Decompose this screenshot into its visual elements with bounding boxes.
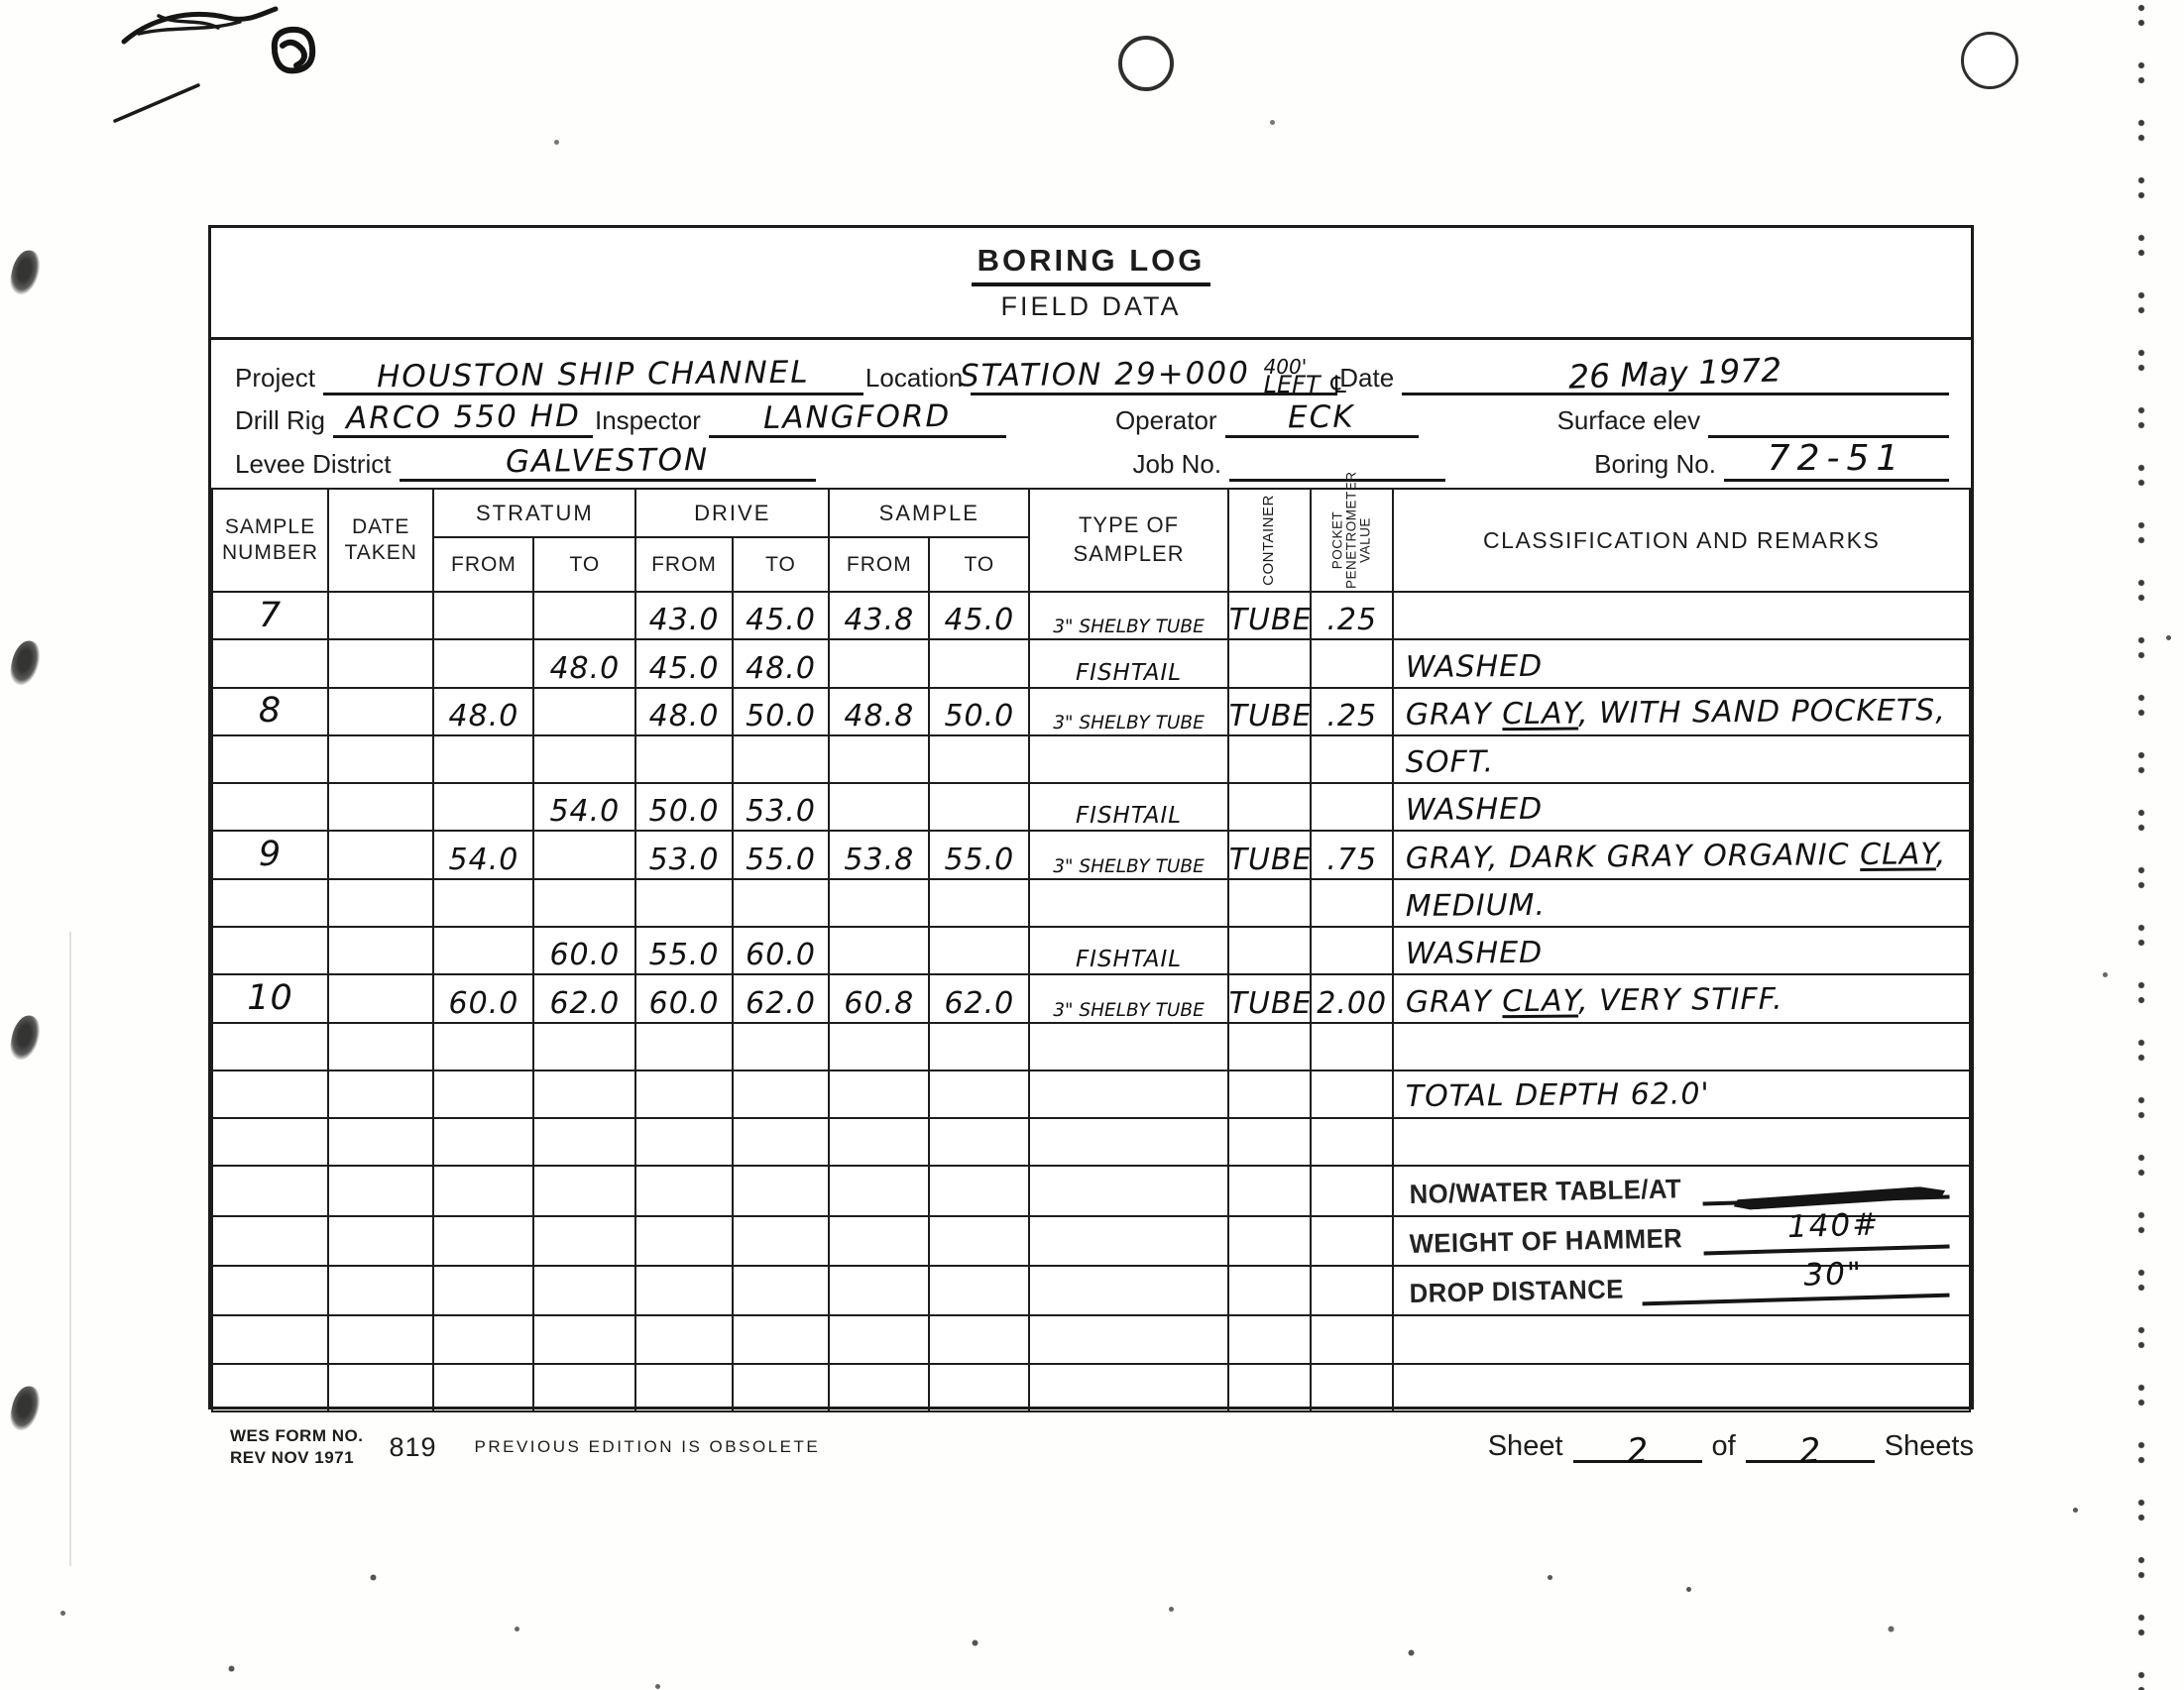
cell-sample_no bbox=[212, 1118, 328, 1166]
cell-drive_from bbox=[635, 1118, 733, 1166]
handwritten-value: 48.0 bbox=[549, 651, 620, 686]
cell-stratum_from bbox=[433, 639, 533, 687]
cell-sample_no bbox=[212, 1266, 328, 1315]
handwritten-value: .25 bbox=[1326, 699, 1377, 733]
header-line-2: Drill Rig ARCO 550 HD Inspector LANGFORD… bbox=[233, 395, 1949, 439]
handwritten-value: 60.0 bbox=[746, 938, 816, 972]
hole-punch-left bbox=[1118, 36, 1174, 91]
form-title: BORING LOG bbox=[972, 243, 1211, 286]
cell-date_taken bbox=[328, 639, 433, 687]
stamp-underline bbox=[1702, 1155, 1950, 1205]
cell-sample_to bbox=[929, 1166, 1029, 1215]
table-row: TOTAL DEPTH 62.0' bbox=[212, 1070, 1970, 1118]
boring-table-body: 743.045.043.845.03" SHELBY TUBETUBE.2548… bbox=[212, 592, 1970, 1411]
table-row: NO/WATER TABLE/AT bbox=[212, 1166, 1970, 1215]
location-offset-note: 400' LEFT ℄ bbox=[1264, 358, 1349, 396]
cell-sample_from bbox=[829, 1216, 929, 1266]
ink-smudge bbox=[8, 1384, 44, 1434]
handwritten-value: 7 bbox=[259, 596, 282, 635]
cell-container: TUBE bbox=[1228, 831, 1311, 878]
cell-sample_no bbox=[212, 1315, 328, 1363]
cell-remarks: TOTAL DEPTH 62.0' bbox=[1393, 1070, 1970, 1118]
pen-scribble bbox=[79, 0, 357, 178]
levee-district-value: GALVESTON bbox=[400, 438, 816, 482]
cell-pp bbox=[1311, 1023, 1393, 1070]
cell-container bbox=[1228, 1118, 1311, 1166]
cell-sample_no bbox=[212, 783, 328, 831]
handwritten-value: 60.0 bbox=[649, 986, 720, 1021]
cell-drive_to: 60.0 bbox=[733, 927, 830, 974]
header-drive-from: FROM bbox=[635, 537, 733, 592]
scanned-page: BORING LOG FIELD DATA Project HOUSTON SH… bbox=[0, 0, 2184, 1690]
cell-stratum_to bbox=[533, 688, 635, 735]
cell-stratum_from: 60.0 bbox=[433, 974, 533, 1022]
cell-date_taken bbox=[328, 1364, 433, 1411]
cell-sample_no: 10 bbox=[212, 974, 328, 1022]
handwritten-remark: GRAY, DARK GRAY ORGANIC CLAY, bbox=[1406, 837, 1961, 876]
location-value: STATION 29+000 400' LEFT ℄ bbox=[971, 352, 1337, 395]
cell-drive_from bbox=[635, 1166, 733, 1215]
cell-sample_to bbox=[929, 1364, 1029, 1411]
handwritten-value: 55.0 bbox=[649, 938, 720, 972]
header-line-3: Levee District GALVESTON Job No. Boring … bbox=[233, 438, 1949, 482]
cell-drive_from: 53.0 bbox=[635, 831, 733, 878]
table-header: SAMPLE NUMBER DATE TAKEN STRATUM DRIVE S… bbox=[212, 489, 1970, 592]
cell-drive_to: 48.0 bbox=[733, 639, 830, 687]
handwritten-value: 53.0 bbox=[746, 794, 816, 829]
table-row: WEIGHT OF HAMMER140# bbox=[212, 1216, 1970, 1266]
cell-pp: .25 bbox=[1311, 592, 1393, 639]
project-label: Project bbox=[235, 363, 315, 395]
sheet-number: 2 bbox=[1573, 1425, 1702, 1463]
cell-drive_to: 45.0 bbox=[733, 592, 830, 639]
cell-drive_to bbox=[733, 1315, 830, 1363]
cell-sampler bbox=[1029, 879, 1227, 927]
handwritten-value: TUBE bbox=[1229, 699, 1313, 733]
obsolete-note: PREVIOUS EDITION IS OBSOLETE bbox=[475, 1437, 821, 1457]
cell-drive_from bbox=[635, 1070, 733, 1118]
cell-sampler bbox=[1029, 1266, 1227, 1315]
header-type-of-sampler: TYPE OF SAMPLER bbox=[1029, 489, 1227, 592]
cell-sample_to: 62.0 bbox=[929, 974, 1029, 1022]
cell-stratum_to bbox=[533, 1216, 635, 1266]
cell-sample_to bbox=[929, 879, 1029, 927]
cell-sample_no bbox=[212, 1070, 328, 1118]
cell-stratum_from bbox=[433, 1166, 533, 1215]
handwritten-value: 55.0 bbox=[944, 843, 1014, 877]
cell-stratum_to: 54.0 bbox=[533, 783, 635, 831]
handwritten-remark: WASHED bbox=[1406, 645, 1961, 685]
cell-sample_to bbox=[929, 639, 1029, 687]
cell-drive_to bbox=[733, 1216, 830, 1266]
cell-drive_to bbox=[733, 1023, 830, 1070]
handwritten-remark: GRAY CLAY, VERY STIFF. bbox=[1406, 980, 1961, 1020]
cell-pp bbox=[1311, 1216, 1393, 1266]
cell-drive_to: 53.0 bbox=[733, 783, 830, 831]
ink-smudge bbox=[8, 248, 44, 298]
cell-sample_no: 7 bbox=[212, 592, 328, 639]
cell-sample_from bbox=[829, 639, 929, 687]
form-number: 819 bbox=[389, 1432, 436, 1463]
hole-punch-right bbox=[1961, 32, 2018, 89]
cell-remarks: WASHED bbox=[1393, 927, 1970, 974]
header-sample-number: SAMPLE NUMBER bbox=[212, 489, 328, 592]
form-title-block: BORING LOG FIELD DATA bbox=[211, 228, 1971, 340]
boring-no-label: Boring No. bbox=[1594, 449, 1716, 482]
stamp-drop-distance: DROP DISTANCE30" bbox=[1406, 1267, 1961, 1312]
cell-container bbox=[1228, 735, 1311, 783]
cell-date_taken bbox=[328, 1070, 433, 1118]
handwritten-remark: WASHED bbox=[1406, 789, 1961, 829]
cell-drive_to: 62.0 bbox=[733, 974, 830, 1022]
wes-form-no: WES FORM NO. REV NOV 1971 bbox=[230, 1425, 363, 1469]
handwritten-value: TUBE bbox=[1229, 986, 1313, 1021]
cell-container bbox=[1228, 1070, 1311, 1118]
of-label: of bbox=[1712, 1430, 1736, 1463]
handwritten-remark: WASHED bbox=[1406, 932, 1961, 971]
handwritten-remark: TOTAL DEPTH 62.0' bbox=[1406, 1070, 1961, 1115]
drill-rig-value: ARCO 550 HD bbox=[333, 395, 593, 439]
handwritten-value: 48.0 bbox=[746, 651, 816, 686]
handwritten-value: FISHTAIL bbox=[1076, 803, 1182, 829]
date-value: 26 May 1972 bbox=[1402, 352, 1949, 395]
cell-sample_from bbox=[829, 783, 929, 831]
cell-drive_from: 60.0 bbox=[635, 974, 733, 1022]
cell-drive_from bbox=[635, 1315, 733, 1363]
cell-sample_no: 9 bbox=[212, 831, 328, 878]
handwritten-value: .25 bbox=[1326, 603, 1377, 637]
cell-drive_to bbox=[733, 1166, 830, 1215]
cell-sample_to bbox=[929, 1216, 1029, 1266]
cell-sampler bbox=[1029, 1118, 1227, 1166]
cell-container bbox=[1228, 1166, 1311, 1215]
cell-drive_from bbox=[635, 1023, 733, 1070]
cell-sample_to bbox=[929, 927, 1029, 974]
cell-sample_no bbox=[212, 735, 328, 783]
cell-container bbox=[1228, 1216, 1311, 1266]
boring-no-value: 72-51 bbox=[1724, 438, 1949, 482]
cell-container bbox=[1228, 1364, 1311, 1411]
table-row: 48.045.048.0FISHTAILWASHED bbox=[212, 639, 1970, 687]
cell-stratum_to: 62.0 bbox=[533, 974, 635, 1022]
form-subtitle: FIELD DATA bbox=[1000, 291, 1181, 322]
cell-stratum_to bbox=[533, 831, 635, 878]
header-drive: DRIVE bbox=[635, 489, 829, 537]
cell-sample_to: 55.0 bbox=[929, 831, 1029, 878]
stamp-label: WEIGHT OF HAMMER bbox=[1410, 1223, 1683, 1260]
cell-drive_from: 48.0 bbox=[635, 688, 733, 735]
cell-remarks bbox=[1393, 1364, 1970, 1411]
cell-remarks: GRAY, DARK GRAY ORGANIC CLAY, bbox=[1393, 831, 1970, 878]
cell-stratum_from bbox=[433, 1070, 533, 1118]
header-classification: CLASSIFICATION AND REMARKS bbox=[1393, 489, 1970, 592]
handwritten-value: 43.0 bbox=[649, 603, 720, 637]
cell-pp bbox=[1311, 735, 1393, 783]
stamp-label: DROP DISTANCE bbox=[1410, 1275, 1625, 1310]
job-no-label: Job No. bbox=[1133, 449, 1222, 482]
cell-drive_from: 45.0 bbox=[635, 639, 733, 687]
cell-date_taken bbox=[328, 1023, 433, 1070]
stamp-label: NO/WATER TABLE/AT bbox=[1410, 1174, 1682, 1210]
cell-sample_to bbox=[929, 1315, 1029, 1363]
cell-sample_to: 50.0 bbox=[929, 688, 1029, 735]
table-row: 954.053.055.053.855.03" SHELBY TUBETUBE.… bbox=[212, 831, 1970, 878]
handwritten-value: 48.0 bbox=[449, 699, 519, 733]
cell-drive_from bbox=[635, 879, 733, 927]
cell-sampler: 3" SHELBY TUBE bbox=[1029, 974, 1227, 1022]
handwritten-value: 53.0 bbox=[649, 843, 720, 877]
cell-pp bbox=[1311, 783, 1393, 831]
cell-sampler bbox=[1029, 735, 1227, 783]
cell-sampler bbox=[1029, 1216, 1227, 1266]
cell-sampler: FISHTAIL bbox=[1029, 639, 1227, 687]
stamp-underline: 140# bbox=[1703, 1205, 1950, 1256]
cell-sample_no bbox=[212, 1364, 328, 1411]
handwritten-value: 62.0 bbox=[549, 986, 620, 1021]
handwritten-remark: MEDIUM. bbox=[1406, 884, 1961, 924]
header-sample: SAMPLE bbox=[829, 489, 1029, 537]
header-container: CONTAINER bbox=[1228, 489, 1311, 592]
cell-stratum_from: 54.0 bbox=[433, 831, 533, 878]
cell-pp: .25 bbox=[1311, 688, 1393, 735]
cell-drive_to bbox=[733, 1364, 830, 1411]
cell-sample_to bbox=[929, 1118, 1029, 1166]
cell-remarks: GRAY CLAY, WITH SAND POCKETS, bbox=[1393, 688, 1970, 735]
cell-sampler: 3" SHELBY TUBE bbox=[1029, 688, 1227, 735]
perforation-dots bbox=[2136, 0, 2146, 1690]
handwritten-value: 60.0 bbox=[449, 986, 519, 1021]
cell-stratum_from bbox=[433, 735, 533, 783]
cell-sample_from bbox=[829, 1315, 929, 1363]
boring-log-table: SAMPLE NUMBER DATE TAKEN STRATUM DRIVE S… bbox=[211, 488, 1971, 1412]
scan-speckles bbox=[0, 0, 3, 3]
handwritten-value: 45.0 bbox=[746, 603, 816, 637]
cell-container: TUBE bbox=[1228, 688, 1311, 735]
ink-smudge bbox=[8, 638, 44, 689]
cell-drive_to bbox=[733, 879, 830, 927]
cell-stratum_to bbox=[533, 1364, 635, 1411]
total-sheets: 2 bbox=[1746, 1425, 1875, 1463]
cell-remarks bbox=[1393, 592, 1970, 639]
handwritten-value: 45.0 bbox=[944, 603, 1014, 637]
handwritten-value: 9 bbox=[259, 835, 282, 874]
inspector-label: Inspector bbox=[595, 405, 701, 438]
cell-stratum_to bbox=[533, 879, 635, 927]
cell-stratum_from bbox=[433, 879, 533, 927]
cell-sample_to: 45.0 bbox=[929, 592, 1029, 639]
cell-stratum_from bbox=[433, 1315, 533, 1363]
handwritten-value: 2.00 bbox=[1317, 986, 1387, 1021]
cell-sample_no: 8 bbox=[212, 688, 328, 735]
cell-date_taken bbox=[328, 927, 433, 974]
handwritten-value: 62.0 bbox=[746, 986, 816, 1021]
cell-stratum_from bbox=[433, 783, 533, 831]
cell-remarks: DROP DISTANCE30" bbox=[1393, 1266, 1970, 1315]
cell-date_taken bbox=[328, 592, 433, 639]
handwritten-remark: SOFT. bbox=[1406, 740, 1961, 780]
cell-pp bbox=[1311, 879, 1393, 927]
ink-smudge bbox=[8, 1013, 44, 1064]
cell-sample_from: 53.8 bbox=[829, 831, 929, 878]
cell-stratum_from bbox=[433, 1118, 533, 1166]
cell-remarks: MEDIUM. bbox=[1393, 879, 1970, 927]
cell-drive_to: 55.0 bbox=[733, 831, 830, 878]
project-value: HOUSTON SHIP CHANNEL bbox=[323, 352, 863, 395]
cell-sample_from bbox=[829, 927, 929, 974]
cell-remarks: WASHED bbox=[1393, 639, 1970, 687]
cell-date_taken bbox=[328, 783, 433, 831]
paper-edge bbox=[69, 932, 71, 1566]
job-no-value bbox=[1229, 438, 1445, 482]
cell-sample_from bbox=[829, 879, 929, 927]
cell-stratum_from bbox=[433, 592, 533, 639]
handwritten-value: FISHTAIL bbox=[1076, 947, 1182, 972]
handwritten-value: 48.0 bbox=[649, 699, 720, 733]
cell-drive_from: 50.0 bbox=[635, 783, 733, 831]
cell-remarks bbox=[1393, 1023, 1970, 1070]
cell-container bbox=[1228, 879, 1311, 927]
cell-sample_from bbox=[829, 1118, 929, 1166]
cell-date_taken bbox=[328, 974, 433, 1022]
handwritten-value: 62.0 bbox=[944, 986, 1014, 1021]
cell-date_taken bbox=[328, 1266, 433, 1315]
handwritten-value: 50.0 bbox=[944, 699, 1014, 733]
footer-left: WES FORM NO. REV NOV 1971 819 PREVIOUS E… bbox=[230, 1425, 820, 1469]
cell-stratum_to bbox=[533, 1315, 635, 1363]
cell-sample_to bbox=[929, 1266, 1029, 1315]
header-sample-to: TO bbox=[929, 537, 1029, 592]
cell-container bbox=[1228, 1315, 1311, 1363]
table-row: 743.045.043.845.03" SHELBY TUBETUBE.25 bbox=[212, 592, 1970, 639]
cell-stratum_to bbox=[533, 1266, 635, 1315]
handwritten-value: 60.8 bbox=[844, 986, 914, 1021]
table-row: DROP DISTANCE30" bbox=[212, 1266, 1970, 1315]
header-stratum-from: FROM bbox=[433, 537, 533, 592]
cell-container bbox=[1228, 783, 1311, 831]
cell-container: TUBE bbox=[1228, 974, 1311, 1022]
header-stratum: STRATUM bbox=[433, 489, 635, 537]
form-header-fields: Project HOUSTON SHIP CHANNEL Location ST… bbox=[211, 340, 1971, 488]
cell-drive_to bbox=[733, 735, 830, 783]
header-date-taken: DATE TAKEN bbox=[328, 489, 433, 592]
handwritten-value: 3" SHELBY TUBE bbox=[1053, 856, 1205, 877]
surface-elev-value bbox=[1708, 395, 1949, 439]
handwritten-value: 8 bbox=[259, 691, 282, 731]
cell-sample_no bbox=[212, 639, 328, 687]
handwritten-stamp-value: 140# bbox=[1787, 1206, 1881, 1245]
cell-drive_from bbox=[635, 735, 733, 783]
handwritten-value: 50.0 bbox=[746, 699, 816, 733]
handwritten-value: TUBE bbox=[1229, 603, 1313, 637]
cell-pp: 2.00 bbox=[1311, 974, 1393, 1022]
cell-drive_to bbox=[733, 1266, 830, 1315]
operator-value: ECK bbox=[1225, 395, 1419, 439]
cell-drive_from bbox=[635, 1266, 733, 1315]
cell-sampler: FISHTAIL bbox=[1029, 927, 1227, 974]
sheet-label: Sheet bbox=[1488, 1430, 1563, 1463]
cell-date_taken bbox=[328, 1118, 433, 1166]
cell-stratum_from bbox=[433, 1364, 533, 1411]
cell-sample_no bbox=[212, 879, 328, 927]
handwritten-value: 54.0 bbox=[449, 843, 519, 877]
table-row bbox=[212, 1364, 1970, 1411]
header-stratum-to: TO bbox=[533, 537, 635, 592]
handwritten-value: 48.8 bbox=[844, 699, 914, 733]
cell-stratum_from bbox=[433, 927, 533, 974]
cell-stratum_to: 48.0 bbox=[533, 639, 635, 687]
levee-district-label: Levee District bbox=[235, 449, 392, 482]
cell-pp bbox=[1311, 639, 1393, 687]
handwritten-value: 45.0 bbox=[649, 651, 720, 686]
table-row: 54.050.053.0FISHTAILWASHED bbox=[212, 783, 1970, 831]
table-row bbox=[212, 1118, 1970, 1166]
drill-rig-label: Drill Rig bbox=[235, 405, 325, 438]
cell-sample_from bbox=[829, 735, 929, 783]
cell-pp: .75 bbox=[1311, 831, 1393, 878]
boring-log-form: BORING LOG FIELD DATA Project HOUSTON SH… bbox=[208, 225, 1974, 1409]
cell-date_taken bbox=[328, 879, 433, 927]
cell-date_taken bbox=[328, 735, 433, 783]
handwritten-value: 53.8 bbox=[844, 843, 914, 877]
cell-stratum_to bbox=[533, 1118, 635, 1166]
handwritten-value: FISHTAIL bbox=[1076, 660, 1182, 686]
cell-stratum_from bbox=[433, 1216, 533, 1266]
handwritten-value: 43.8 bbox=[844, 603, 914, 637]
cell-drive_from bbox=[635, 1364, 733, 1411]
table-row: 848.048.050.048.850.03" SHELBY TUBETUBE.… bbox=[212, 688, 1970, 735]
handwritten-value: 3" SHELBY TUBE bbox=[1053, 1000, 1205, 1021]
handwritten-stamp-value: 30" bbox=[1803, 1256, 1864, 1294]
table-row: 60.055.060.0FISHTAILWASHED bbox=[212, 927, 1970, 974]
handwritten-value: 3" SHELBY TUBE bbox=[1053, 617, 1205, 637]
cell-pp bbox=[1311, 1266, 1393, 1315]
cell-sample_no bbox=[212, 927, 328, 974]
handwritten-value: 55.0 bbox=[746, 843, 816, 877]
header-pocket-penetrometer: POCKET PENETROMETER VALUE bbox=[1311, 489, 1393, 592]
cell-pp bbox=[1311, 1166, 1393, 1215]
cell-pp bbox=[1311, 1118, 1393, 1166]
cell-stratum_to bbox=[533, 1166, 635, 1215]
cell-sampler bbox=[1029, 1364, 1227, 1411]
table-row bbox=[212, 1315, 1970, 1363]
stamp-underline: 30" bbox=[1641, 1254, 1949, 1306]
cell-remarks: GRAY CLAY, VERY STIFF. bbox=[1393, 974, 1970, 1022]
cell-stratum_from bbox=[433, 1266, 533, 1315]
header-drive-to: TO bbox=[733, 537, 830, 592]
cell-pp bbox=[1311, 1070, 1393, 1118]
cell-pp bbox=[1311, 1364, 1393, 1411]
cell-stratum_to: 60.0 bbox=[533, 927, 635, 974]
handwritten-value: 10 bbox=[247, 978, 293, 1018]
cell-drive_from: 43.0 bbox=[635, 592, 733, 639]
cell-remarks bbox=[1393, 1315, 1970, 1363]
cell-sample_from bbox=[829, 1266, 929, 1315]
cell-date_taken bbox=[328, 1216, 433, 1266]
cell-drive_to: 50.0 bbox=[733, 688, 830, 735]
surface-elev-label: Surface elev bbox=[1557, 405, 1701, 438]
handwritten-value: 50.0 bbox=[649, 794, 720, 829]
cell-sample_from: 43.8 bbox=[829, 592, 929, 639]
table-row: 1060.062.060.062.060.862.03" SHELBY TUBE… bbox=[212, 974, 1970, 1022]
handwritten-value: 3" SHELBY TUBE bbox=[1053, 713, 1205, 733]
handwritten-value: .75 bbox=[1326, 843, 1377, 877]
cell-sample_to bbox=[929, 783, 1029, 831]
cell-drive_to bbox=[733, 1118, 830, 1166]
cell-sample_no bbox=[212, 1166, 328, 1215]
handwritten-value: 60.0 bbox=[549, 938, 620, 972]
table-row: MEDIUM. bbox=[212, 879, 1970, 927]
cell-drive_from bbox=[635, 1216, 733, 1266]
